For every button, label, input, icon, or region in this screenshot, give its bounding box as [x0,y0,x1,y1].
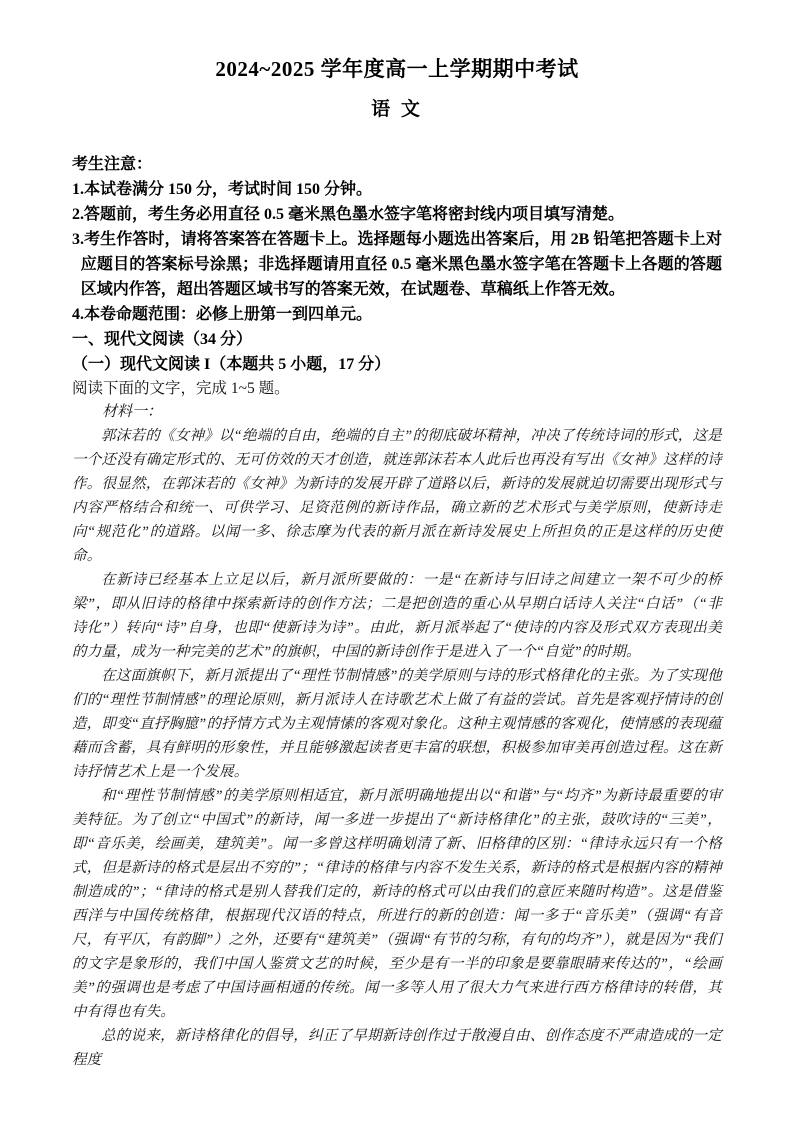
material-paragraph: 和“理性节制情感”的美学原则相适宜，新月派明确地提出以“和谐”与“均齐”为新诗最… [72,784,722,1024]
notice-item-1: 1.本试卷满分 150 分，考试时间 150 分钟。 [72,177,722,202]
exam-subject: 语 文 [72,96,722,124]
material-paragraph: 在这面旗帜下，新月派提出了“理性节制情感”的美学原则与诗的形式格律化的主张。为了… [72,664,722,784]
material-1-label: 材料一： [72,400,722,424]
exam-title: 2024~2025 学年度高一上学期期中考试 [72,54,722,84]
notice-item-3: 3.考生作答时，请将答案答在答题卡上。选择题每小题选出答案后，用 2B 铅笔把答… [72,227,722,302]
section-1-heading: 一、现代文阅读（34 分） [72,327,722,352]
notice-heading: 考生注意： [72,152,722,177]
material-paragraph: 总的说来，新诗格律化的倡导，纠正了早期新诗创作过于散漫自由、创作态度不严肃造成的… [72,1024,722,1072]
notice-section: 考生注意： 1.本试卷满分 150 分，考试时间 150 分钟。 2.答题前，考… [72,152,722,327]
reading-instruction: 阅读下面的文字，完成 1~5 题。 [72,377,722,400]
material-paragraph: 郭沫若的《女神》以“绝端的自由，绝端的自主”的彻底破坏精神，冲决了传统诗词的形式… [72,424,722,568]
modern-reading-section: 一、现代文阅读（34 分） （一）现代文阅读 I（本题共 5 小题，17 分） … [72,327,722,1072]
page-content: 2024~2025 学年度高一上学期期中考试 语 文 考生注意： 1.本试卷满分… [72,54,722,1072]
material-paragraph: 在新诗已经基本上立足以后，新月派所要做的：一是“在新诗与旧诗之间建立一架不可少的… [72,568,722,664]
notice-item-4: 4.本卷命题范围：必修上册第一到四单元。 [72,302,722,327]
subsection-1-heading: （一）现代文阅读 I（本题共 5 小题，17 分） [72,352,722,377]
exam-paper-page: 2024~2025 学年度高一上学期期中考试 语 文 考生注意： 1.本试卷满分… [0,0,793,1122]
notice-item-2: 2.答题前，考生务必用直径 0.5 毫米黑色墨水签字笔将密封线内项目填写清楚。 [72,202,722,227]
